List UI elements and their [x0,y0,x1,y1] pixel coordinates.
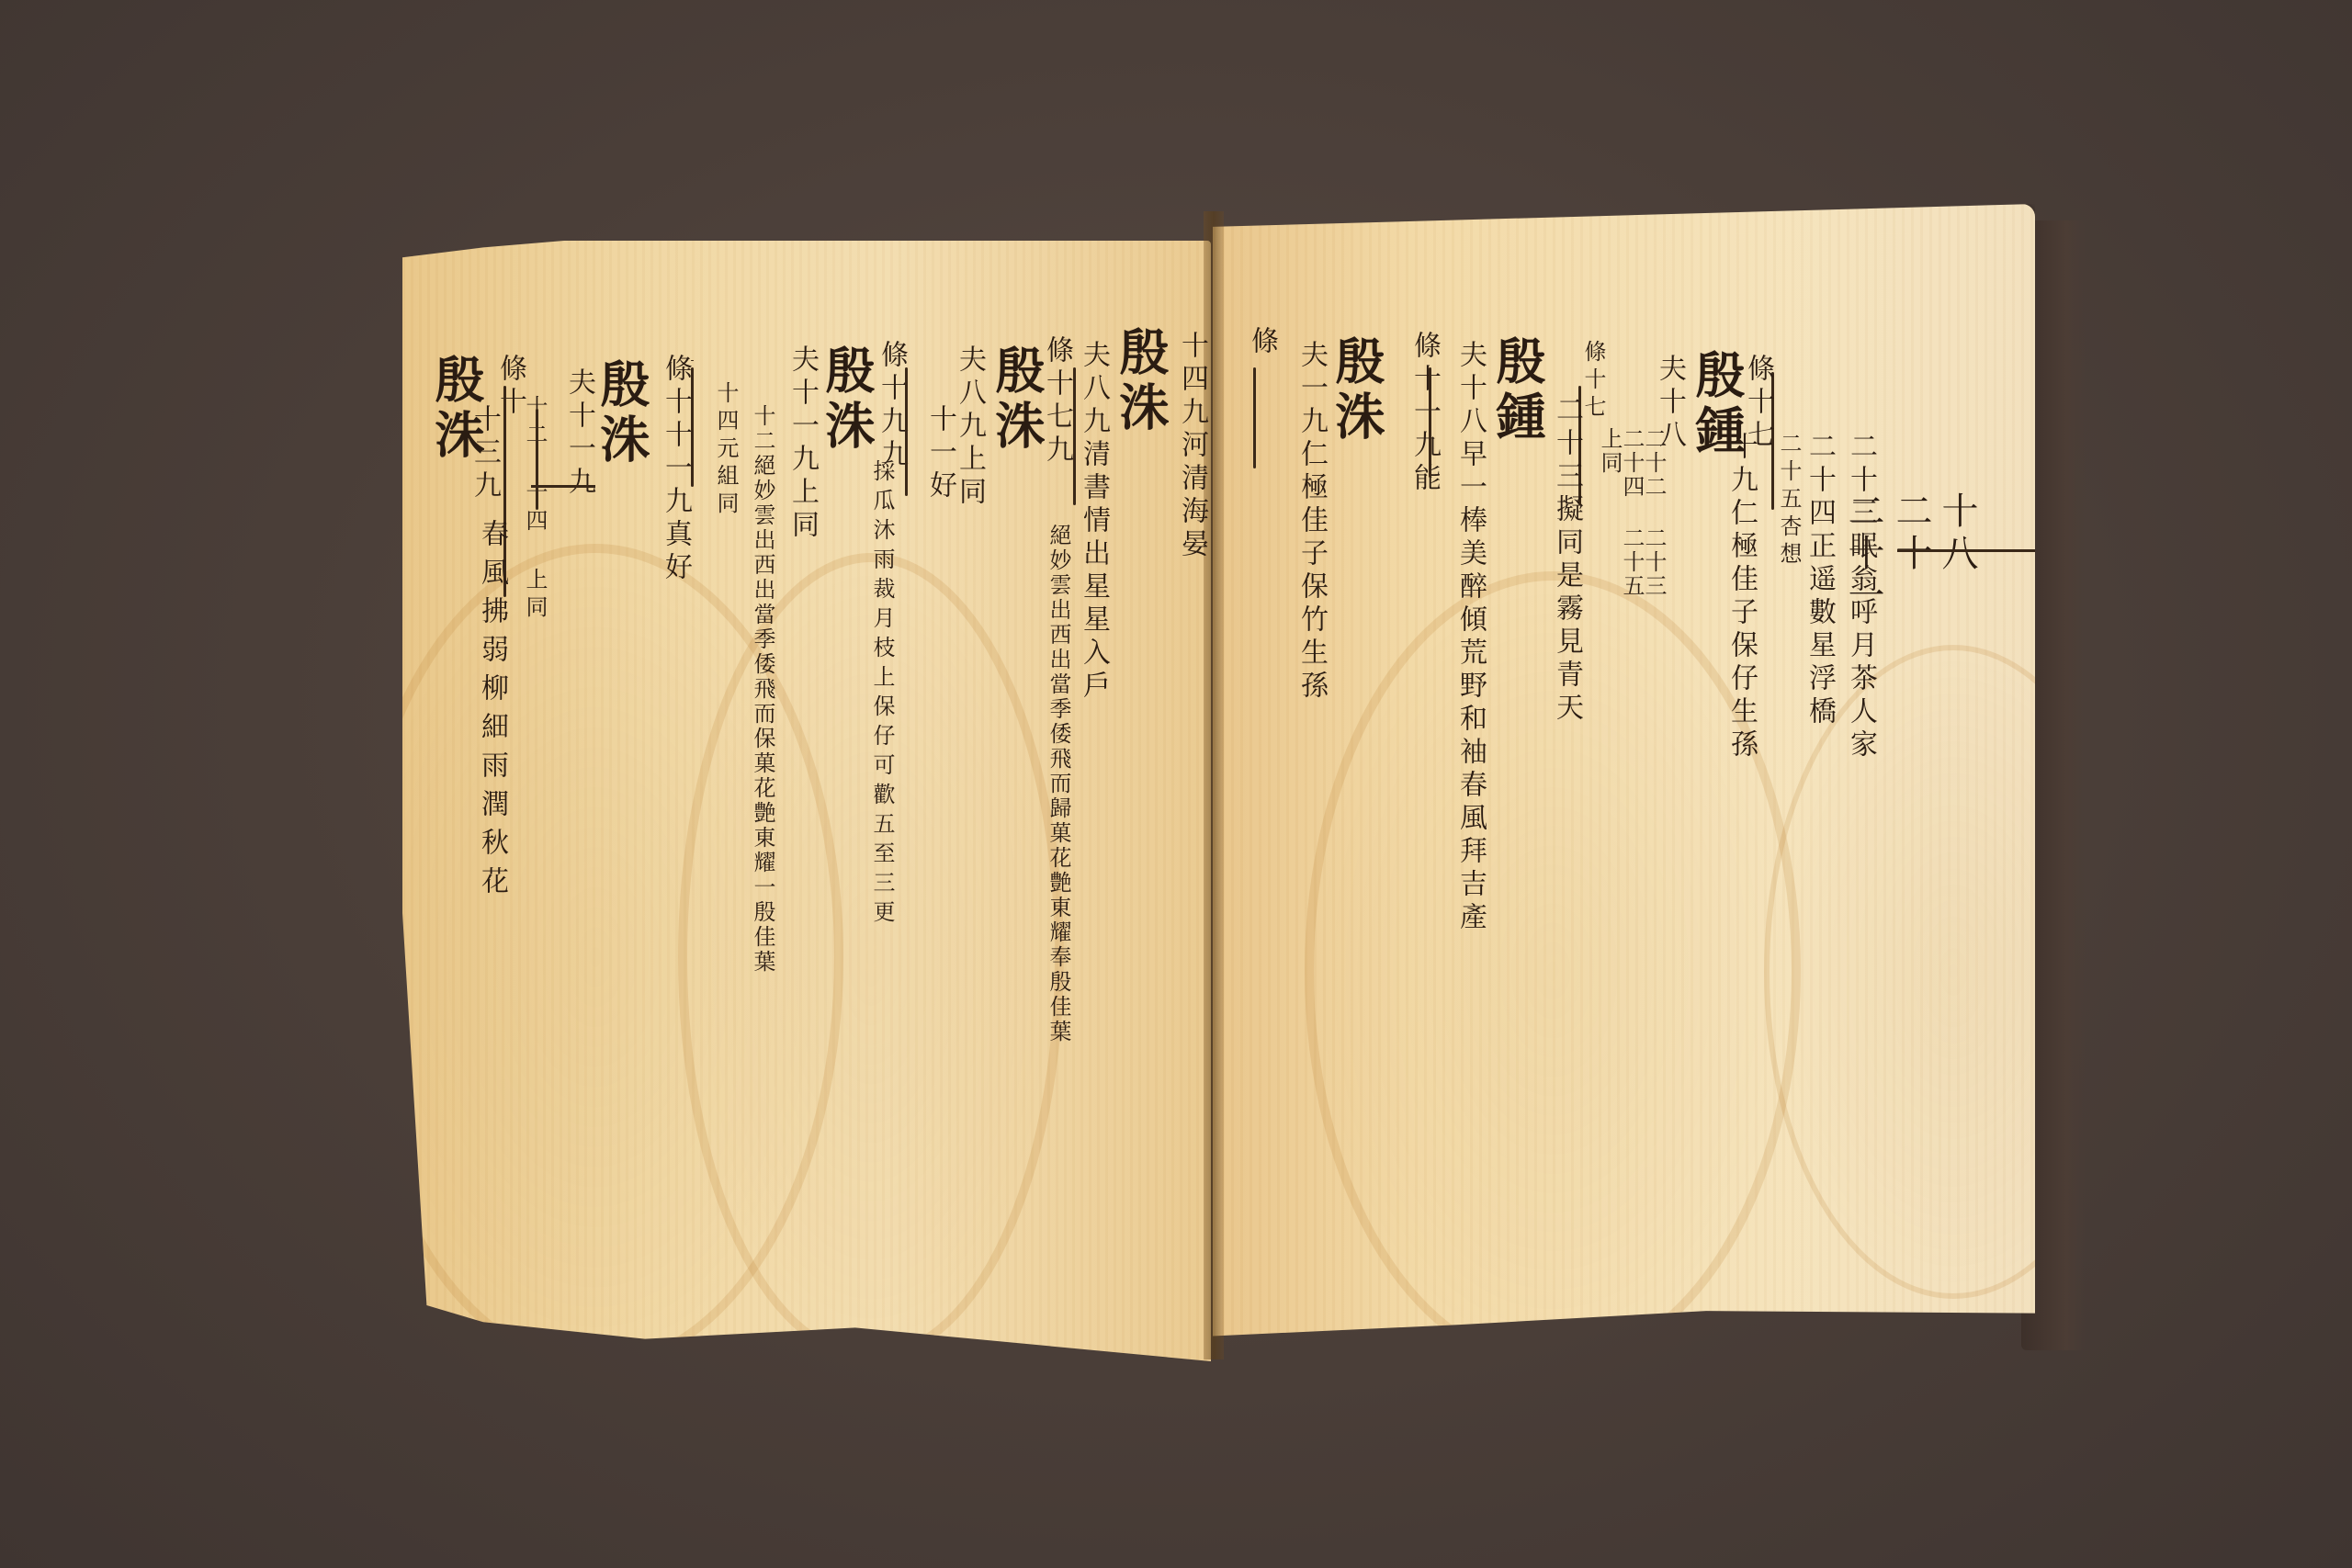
text-column: 夫八九清書情出星星入戶 [1080,340,1107,704]
entry-heading: 殷洙 [432,354,481,464]
text-column: 十一好 [926,404,954,503]
text-column: 夫八九上同 [955,344,983,510]
text-column: 十二 十四 上同 [524,395,546,623]
entry-heading: 殷洙 [822,344,872,455]
entry-heading: 殷洙 [1332,335,1382,446]
text-column: 採瓜沐雨裁月枝上保仔可歡五至三更 [871,459,893,930]
horizontal-rule [531,485,595,488]
text-column: 春風拂弱柳細雨潤秋花 [478,519,505,905]
vertical-rule [536,409,538,510]
row-marker: 條 [1248,326,1275,359]
entry-heading: 殷洙 [597,358,647,468]
vertical-rule [905,367,908,496]
header-label: 十八 [1939,491,1975,576]
vertical-rule [1253,367,1256,468]
text-column: 夫十一九上同 [788,344,816,543]
row-marker: 條十七九 [1043,335,1070,468]
water-stain [1764,645,2143,1299]
entry-heading: 殷洙 [992,344,1042,455]
entry-heading: 殷鍾 [1692,349,1742,459]
vertical-rule [1073,367,1076,505]
vertical-rule [1429,367,1431,478]
row-marker: 條十七 [1744,354,1771,453]
text-column: 二十二 二十三 二十四 二十五 上同 [1599,427,1665,611]
text-column: 絕妙雲出西出當季倭飛而歸菓花艶東耀奉殷佳葉 [1047,524,1069,1044]
text-column: 夫十八早一棒美醉傾荒野和袖春風拜吉產 [1456,340,1484,935]
text-column: 十二絕妙雲出西出當季倭飛而保菓花艶東耀一殷佳葉 [752,404,774,975]
entry-heading: 殷鍾 [1493,335,1543,446]
text-column: 二十五杏想 [1778,432,1800,570]
text-column: 夫一九仁極佳子保竹生孫 [1297,340,1325,704]
entry-heading: 殷洙 [1116,326,1166,436]
text-column: 十九仁極佳子保仔生孫 [1727,432,1755,762]
header-label: 二十 [1893,491,1929,576]
text-column: 二十三眠翁呼月茶人家 [1847,432,1874,762]
boxed-note: 十四元組同 [715,381,737,519]
header-underline [1897,549,2035,552]
vertical-rule [691,360,694,361]
row-marker: 條十一九能 [1410,331,1438,496]
row-marker: 條十九九 [877,340,905,472]
row-marker: 條十十一九真好 [661,354,689,585]
text-column: 二十三擬同是霧見青天 [1553,395,1580,726]
row-marker: 條十七 [1582,340,1604,423]
text-column: 二十四正遥數星浮橋 [1805,432,1833,729]
text-column: 十四九河清海晏 [1178,331,1205,562]
text-column: 夫十一九 [565,367,593,500]
open-book-photo: 十八 二十 二十一 二十三眠翁呼月茶人家 二十四正遥數星浮橋 二十五杏想 十九仁… [0,0,2352,1568]
